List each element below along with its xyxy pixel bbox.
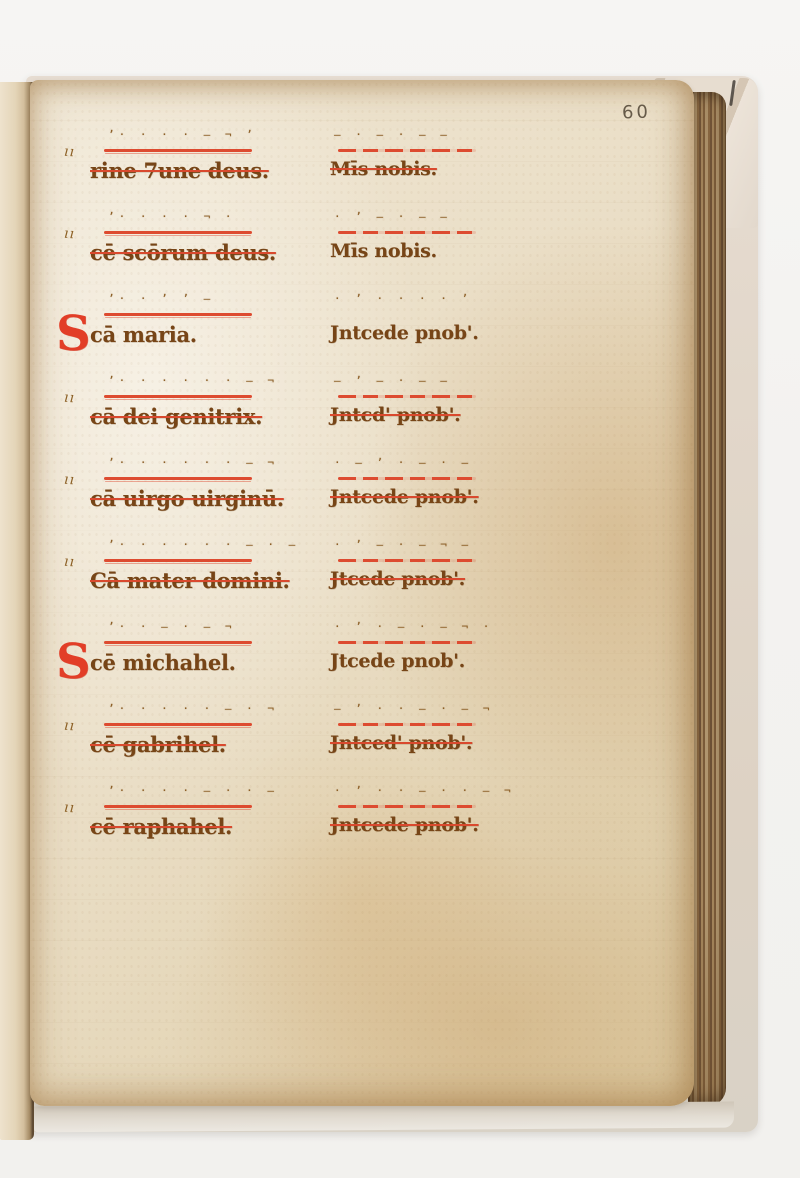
invocation-text: rine 7une deus. — [90, 158, 269, 183]
response-text: Mīs nobis. — [330, 158, 437, 180]
response-text: Jntcede pnob'. — [330, 814, 479, 836]
neumes-response: · ʼ – · – ¬ – — [334, 538, 494, 551]
neumes-invocation: ʼ· · · · – ¬ ʼ — [108, 128, 268, 141]
invocation-text: cē gabrihel. — [90, 732, 226, 757]
neumes-invocation: ʼ· · · · · – · ¬ — [108, 702, 268, 715]
facing-page-edge — [0, 82, 34, 1140]
litany-row: ıı ʼ· · · · – ¬ ʼ rine 7une deus. – · – … — [58, 128, 538, 210]
invocation-text: cē scōrum deus. — [90, 240, 276, 265]
neumes-invocation: ʼ· · · · · · – · – — [108, 538, 268, 551]
manuscript-page: 60 ıı ʼ· · · · – ¬ ʼ rine 7une deus. – ·… — [30, 80, 694, 1106]
initial-s: S — [56, 312, 91, 356]
verse-mark: ıı — [63, 800, 75, 817]
invocation-text: cā dei genitrix. — [90, 404, 262, 429]
verse-mark: ıı — [63, 554, 75, 571]
invocation-text: cē michahel. — [90, 650, 236, 675]
neumes-invocation: ʼ· · ʼ ʼ – — [108, 292, 268, 305]
litany-row: ıı ʼ· · · · · · – ¬ cā uirgo uirginū. · … — [58, 456, 538, 538]
litany-row: ıı ʼ· · · · · · – ¬ cā dei genitrix. – ʼ… — [58, 374, 538, 456]
staff-line-invocation — [104, 805, 252, 808]
staff-line-response — [338, 805, 476, 808]
verse-mark: ıı — [63, 144, 75, 161]
neumes-response: – ʼ – · – – — [334, 374, 494, 387]
verse-mark: ıı — [63, 472, 75, 489]
response-text: Mīs nobis. — [330, 240, 437, 262]
invocation-text: Cā mater domini. — [90, 568, 290, 593]
under-page-bottom-edge — [34, 1102, 734, 1133]
staff-line-invocation — [104, 723, 252, 726]
invocation-text: cā maria. — [90, 322, 197, 347]
litany-row: S ʼ· · – · – ¬ cē michahel. · ʼ · – · – … — [58, 620, 538, 702]
neumes-invocation: ʼ· · · · · · – ¬ — [108, 374, 268, 387]
neumes-invocation: ʼ· · · · · · – ¬ — [108, 456, 268, 469]
litany-row: ıı ʼ· · · · ¬ · cē scōrum deus. · ʼ – · … — [58, 210, 538, 292]
litany-row: ıı ʼ· · · · · – · ¬ cē gabrihel. – ʼ · ·… — [58, 702, 538, 784]
verse-mark: ıı — [63, 390, 75, 407]
staff-line-invocation — [104, 641, 252, 644]
invocation-text: cā uirgo uirginū. — [90, 486, 284, 511]
neumes-response: · – ʼ · – · – — [334, 456, 494, 469]
neumes-invocation: ʼ· · · · ¬ · — [108, 210, 268, 223]
verse-mark: ıı — [63, 718, 75, 735]
neumes-response: · ʼ · – · – ¬ · — [334, 620, 494, 633]
staff-line-invocation — [104, 313, 252, 316]
neumes-invocation: ʼ· · – · – ¬ — [108, 620, 268, 633]
litany-row: S ʼ· · ʼ ʼ – cā maria. · ʼ · · · · ʼ Jnt… — [58, 292, 538, 374]
neumes-response: · ʼ – · – – — [334, 210, 494, 223]
staff-line-response — [338, 231, 476, 234]
staff-line-response — [338, 149, 476, 152]
neumes-response: · ʼ · · – · · – ¬ — [334, 784, 494, 797]
neumes-response: · ʼ · · · · ʼ — [334, 292, 494, 305]
verse-mark: ıı — [63, 226, 75, 243]
staff-line-invocation — [104, 559, 252, 562]
litany-text-block: ıı ʼ· · · · – ¬ ʼ rine 7une deus. – · – … — [58, 128, 538, 866]
litany-row: ıı ʼ· · · · · · – · – Cā mater domini. ·… — [58, 538, 538, 620]
staff-line-response — [338, 559, 476, 562]
litany-row: ıı ʼ· · · · – · · – cē raphahel. · ʼ · ·… — [58, 784, 538, 866]
staff-line-invocation — [104, 477, 252, 480]
response-text: Jntcd' pnob'. — [330, 404, 460, 426]
response-text: Jtcede pnob'. — [330, 650, 465, 672]
staff-line-response — [338, 723, 476, 726]
response-text: Jtcede pnob'. — [330, 568, 465, 590]
response-text: Jntcede pnob'. — [330, 486, 479, 508]
response-text: Jntced' pnob'. — [330, 732, 472, 754]
folio-number: 60 — [622, 102, 652, 124]
neumes-response: – · – · – – — [334, 128, 494, 141]
neumes-invocation: ʼ· · · · – · · – — [108, 784, 268, 797]
invocation-text: cē raphahel. — [90, 814, 232, 839]
staff-line-response — [338, 477, 476, 480]
staff-line-response — [338, 395, 476, 398]
staff-line-invocation — [104, 149, 252, 152]
staff-line-invocation — [104, 395, 252, 398]
staff-line-invocation — [104, 231, 252, 234]
neumes-response: – ʼ · · – · – ¬ — [334, 702, 494, 715]
response-text: Jntcede pnob'. — [330, 322, 479, 344]
staff-line-response — [338, 641, 476, 644]
initial-s: S — [56, 640, 91, 684]
